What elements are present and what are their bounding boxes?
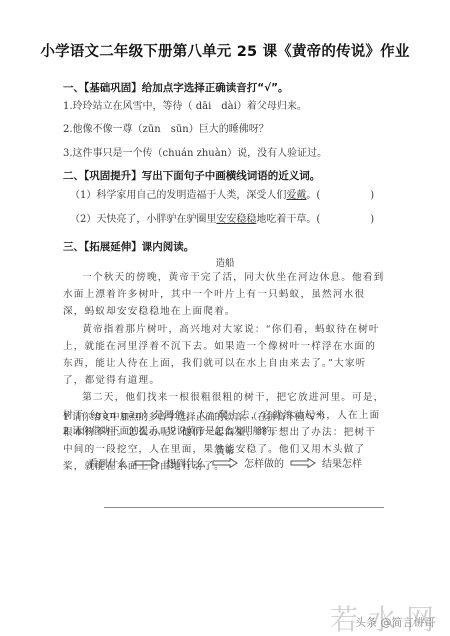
section1-item-2: 2.他像不像一尊（zūn sūn）巨大的睡佛呀？ bbox=[63, 120, 269, 135]
section3-heading: 三、【拓展延伸】课内阅读。 bbox=[63, 239, 194, 254]
answer-line[interactable] bbox=[104, 507, 384, 508]
answer-blank[interactable]: 。( ) bbox=[306, 190, 374, 201]
underlined-word: 安安稳稳 bbox=[216, 214, 256, 225]
section1-item-3: 3.这件事只是一个传（chuán zhuàn）说，没有人验证过。 bbox=[63, 144, 327, 159]
flow-step-1: 看到什么 bbox=[88, 455, 128, 470]
section1-item-1: 1.玲玲站立在风雪中，等待（ dāi dài）着父母归来。 bbox=[63, 97, 307, 112]
right-arrow-icon bbox=[290, 458, 316, 468]
section2-item-1: （1）科学家用自己的发明造福于人类，深受人们爱戴。( ) bbox=[70, 186, 374, 201]
item-prefix: （2）天快亮了，小胖驴在驴圈里 bbox=[70, 214, 216, 225]
flow-step-4: 结果怎样 bbox=[322, 455, 362, 470]
answer-blank[interactable]: 地吃着干草。( ) bbox=[256, 214, 374, 225]
passage-paragraph-2: 黄帝指着那片树叶，高兴地对大家说：“你们看，蚂蚁待在树叶上，就能在河里浮着不沉下… bbox=[63, 321, 385, 390]
right-arrow-icon bbox=[212, 458, 238, 468]
passage-title: 造船 bbox=[0, 255, 450, 269]
section2-heading: 二、【巩固提升】写出下面句子中画横线词语的近义词。 bbox=[63, 168, 320, 183]
flow-step-2: 想到什么 bbox=[166, 455, 206, 470]
hint-flow: 看到什么 想到什么 怎样做的 结果怎样 bbox=[0, 455, 450, 470]
question-1: 1 请你给文中加点的多音字选择正确的读音。（在拼音下画“√”） bbox=[63, 409, 330, 423]
page-title: 小学语文二年级下册第八单元 25 课《黄帝的传说》作业 bbox=[0, 40, 450, 61]
section1-heading: 一、【基础巩固】给加点字选择正确读音打“√”。 bbox=[63, 80, 289, 95]
passage-paragraph-1: 一个秋天的傍晚，黄帝干完了活，同大伙坐在河边休息。他看到水面上漂着许多树叶，其中… bbox=[63, 269, 385, 321]
underlined-word: 爱戴 bbox=[286, 190, 306, 201]
watermark-author: 头条 @简言讲哥 bbox=[355, 614, 436, 630]
flow-step-3: 怎样做的 bbox=[244, 455, 284, 470]
section2-item-2: （2）天快亮了，小胖驴在驴圈里安安稳稳地吃着干草。( ) bbox=[70, 210, 374, 225]
worksheet-page: 小学语文二年级下册第八单元 25 课《黄帝的传说》作业 一、【基础巩固】给加点字… bbox=[0, 0, 450, 636]
item-prefix: （1）科学家用自己的发明造福于人类，深受人们 bbox=[70, 190, 286, 201]
right-arrow-icon bbox=[134, 458, 160, 468]
question-2: 2 请你借助下面的提示，说说黄帝是怎么发明船的。 bbox=[63, 423, 281, 437]
